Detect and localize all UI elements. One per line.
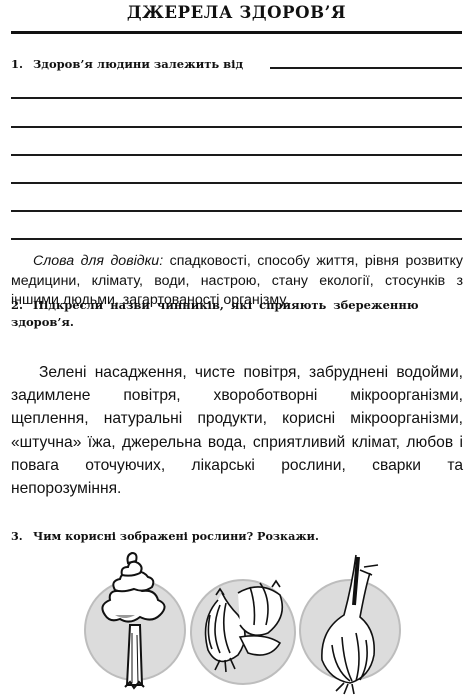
answer-line-2[interactable]: [11, 97, 462, 99]
task3-number: 3.: [11, 529, 33, 543]
task2-prompt: 2.Підкресли назви чинників, які сприяють…: [11, 297, 466, 331]
task3-prompt: 3.Чим корисні зображені рослини? Розкажи…: [11, 529, 319, 543]
answer-line-4[interactable]: [11, 154, 462, 156]
task2-text: Підкресли назви чинників, які сприяють з…: [11, 298, 419, 329]
page-title: ДЖЕРЕЛА ЗДОРОВ’Я: [0, 3, 473, 22]
title-divider: [11, 31, 462, 34]
task2-number: 2.: [11, 297, 33, 314]
hint-label: Слова для довідки:: [33, 253, 163, 269]
task2-factors-paragraph: Зелені насадження, чисте повітря, забруд…: [11, 361, 463, 500]
task3-text: Чим корисні зображені рослини? Розкажи.: [33, 529, 319, 543]
task1-prompt: 1.Здоров’я людини залежить від: [11, 57, 243, 71]
task1-number: 1.: [11, 57, 33, 71]
answer-line-6[interactable]: [11, 210, 462, 212]
answer-line-1[interactable]: [270, 67, 462, 69]
answer-line-7[interactable]: [11, 238, 462, 240]
answer-line-5[interactable]: [11, 182, 462, 184]
answer-line-3[interactable]: [11, 126, 462, 128]
worksheet-page: ДЖЕРЕЛА ЗДОРОВ’Я 1.Здоров’я людини залеж…: [0, 0, 473, 700]
plants-illustration: [60, 545, 450, 700]
task1-text: Здоров’я людини залежить від: [33, 57, 243, 71]
factors-text[interactable]: Зелені насадження, чисте повітря, забруд…: [11, 361, 463, 500]
